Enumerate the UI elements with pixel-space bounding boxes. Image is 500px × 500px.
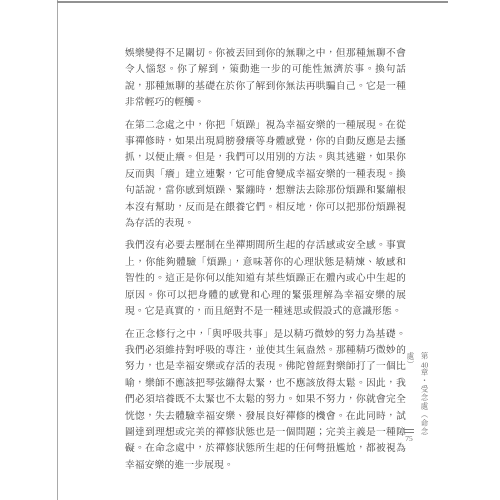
paragraph-boredom: 娛樂變得不足關切。你被丟回到你的無聊之中，但那種無聊不會令人惱怒。你了解到，策動… (125, 46, 406, 112)
page-number: 75 (401, 435, 417, 443)
chapter-prefix: 第 (420, 352, 429, 361)
body-text-column: 娛樂變得不足關切。你被丟回到你的無聊之中，但那種無聊不會令人惱怒。你了解到，策動… (125, 46, 406, 474)
paragraph-breath-effort: 在正念修行之中，「與呼吸共事」是以精巧微妙的努力為基礎。我們必須維持對呼吸的專注… (125, 327, 406, 475)
page-top-edge-rule (57, 1, 448, 3)
folio: 75 (401, 429, 417, 443)
book-page-scan: 娛樂變得不足關切。你被丟回到你的無聊之中，但那種無聊不會令人惱怒。你了解到，策動… (0, 0, 500, 500)
chapter-number: 40 (420, 361, 429, 369)
paragraph-survival-feeling: 我們沒有必要去壓制在坐禪期間所生起的存活感或安全感。事實上，你能夠體驗「煩躁」，… (125, 238, 406, 320)
paragraph-second-foundation: 在第二念處之中，你把「煩躁」視為幸福安樂的一種展現。在從事禪修時，如果出現肩膀發… (125, 118, 406, 233)
page-left-edge-rule (57, 0, 58, 500)
folio-double-bar (404, 429, 414, 433)
